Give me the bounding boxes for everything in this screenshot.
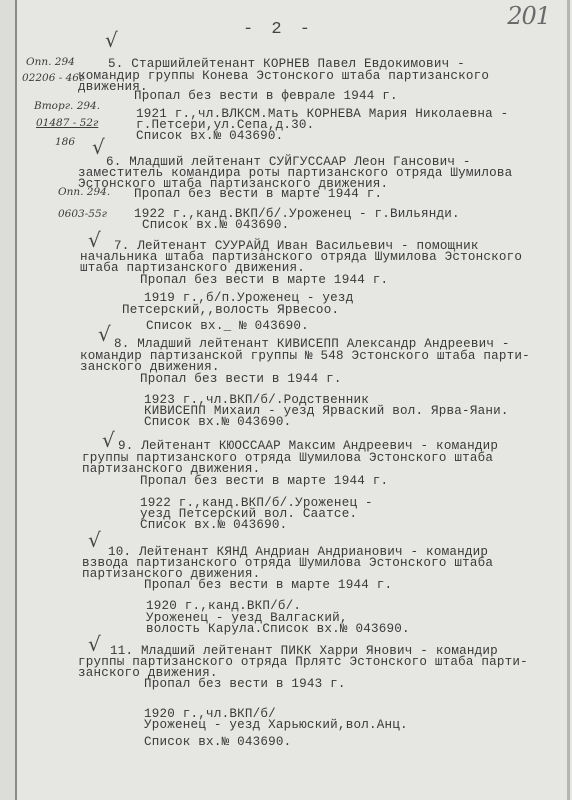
folio-number: 201 xyxy=(507,2,550,30)
list-reference: Список вх.№ 043690. xyxy=(136,130,283,142)
missing-status: Пропал без вести в 1943 г. xyxy=(144,678,346,690)
margin-note-1-ref: 02206 - 46г xyxy=(22,72,84,84)
checkmark-icon: √ xyxy=(88,528,101,552)
checkmark-icon: √ xyxy=(102,428,115,452)
margin-note-2: Вторг. 294. xyxy=(34,100,100,112)
missing-status: Пропал без вести в марте 1944 г. xyxy=(140,274,388,286)
margin-note-1: Опп. 294 xyxy=(26,56,75,68)
checkmark-icon: √ xyxy=(98,322,111,346)
list-reference: Список вх._ № 043690. xyxy=(146,320,309,332)
entry-bio: Петсерский,,волость Ярвесоо. xyxy=(122,304,339,316)
missing-status: Пропал без вести в марте 1944 г. xyxy=(140,475,388,487)
list-reference: Список вх.№ 043690. xyxy=(144,736,291,748)
missing-status: Пропал без вести в феврале 1944 г. xyxy=(134,90,398,102)
checkmark-icon: √ xyxy=(105,28,118,52)
list-reference: Список вх.№ 043690. xyxy=(144,416,291,428)
margin-note-3-ref: 0603-55г xyxy=(58,208,107,220)
checkmark-icon: √ xyxy=(88,228,101,252)
scanned-document-page: 201 - 2 - Опп. 294 02206 - 46г Вторг. 29… xyxy=(0,0,572,800)
margin-note-2-ref: 01487 - 52г xyxy=(36,117,98,129)
page-number: - 2 - xyxy=(243,20,314,39)
checkmark-icon: √ xyxy=(92,135,105,159)
margin-note-2-sub: 186 xyxy=(55,136,75,148)
list-reference: волость Карула.Список вх.№ 043690. xyxy=(146,623,410,635)
page-binding-line xyxy=(15,0,17,800)
list-reference: Список вх.№ 043690. xyxy=(140,519,287,531)
page-left-strip xyxy=(0,0,15,800)
list-reference: Список вх.№ 043690. xyxy=(142,219,289,231)
entry-bio: Уроженец - уезд Харьюский,вол.Анц. xyxy=(144,719,408,731)
missing-status: Пропал без вести в 1944 г. xyxy=(140,373,342,385)
missing-status: Пропал без вести в марте 1944 г. xyxy=(144,579,392,591)
missing-status: Пропал без вести в марте 1944 г. xyxy=(134,188,382,200)
checkmark-icon: √ xyxy=(88,632,101,656)
page-right-edge xyxy=(567,0,570,800)
